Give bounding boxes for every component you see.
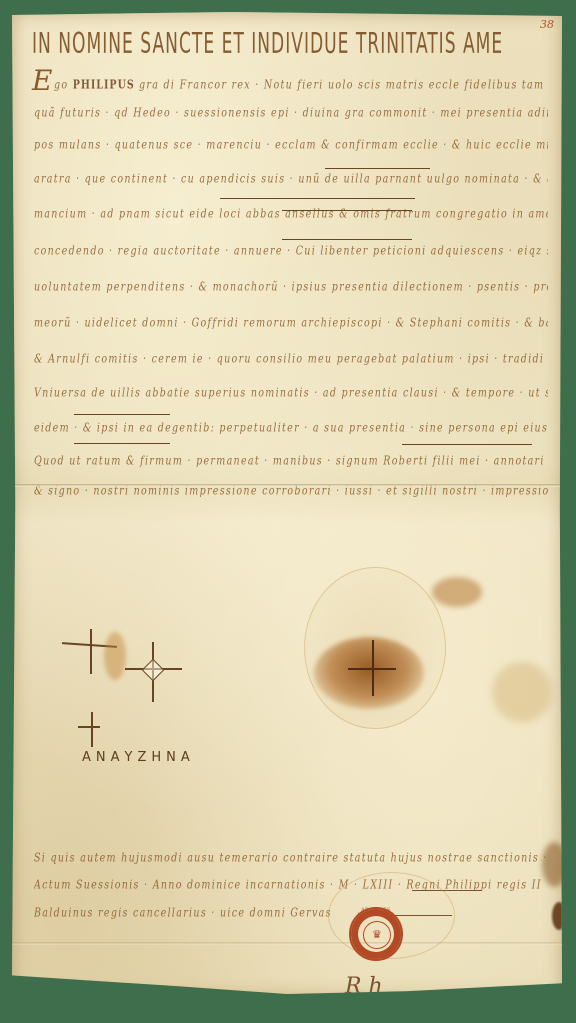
bracket-mark xyxy=(402,422,532,445)
body-line: Vniuersa de uillis abbatie superius nomi… xyxy=(34,382,548,407)
archive-stamp: ARCHIVES NATIONALES ♛ xyxy=(349,907,403,961)
body-line: Quod ut ratum & firmum · permaneat · man… xyxy=(34,450,548,475)
bracket-mark xyxy=(74,414,170,444)
body-line: quã futuris · qd Hedeo · suessionensis e… xyxy=(34,102,548,127)
stain xyxy=(552,902,566,930)
body-line: meorũ · uidelicet domni · Goffridi remor… xyxy=(34,312,548,337)
stamp-text: ARCHIVES NATIONALES xyxy=(351,908,401,918)
body-line: & Arnulfi comitis · cerem ie · quoru con… xyxy=(34,348,548,373)
body-line: pos mulans · quatenus sce · marenciu · e… xyxy=(34,134,548,159)
initial-letter: E xyxy=(32,64,52,97)
king-name: PHILIPUS xyxy=(73,79,135,93)
invocation-line: IN NOMINE SANCTE ET INDIVIDUE TRINITATIS… xyxy=(32,26,502,77)
seal-cross-horizontal xyxy=(348,668,396,670)
parchment-document: 38 IN NOMINE SANCTE ET INDIVIDUE TRINITA… xyxy=(12,12,562,997)
closing-line-date: Actum Suessionis · Anno dominice incarna… xyxy=(34,874,548,899)
body-line: concedendo · regia auctoritate · annuere… xyxy=(34,240,548,265)
body-line: uoluntatem perpenditens · & monachorũ · … xyxy=(34,276,548,301)
closing-line: Si quis autem hujusmodi ausu temerario c… xyxy=(34,847,548,872)
opening-line: go PHILIPUS gra di Francor rex · Notu fi… xyxy=(54,74,548,99)
fold-crease xyxy=(12,942,562,945)
stamp-inner-ring: ♛ xyxy=(363,921,391,949)
opening-rest: gra di Francor rex · Notu fieri uolo sci… xyxy=(139,79,548,93)
greek-subscription: ΑΝΑΥΖΗΝΑ xyxy=(82,750,195,765)
underline-mark xyxy=(220,198,415,199)
ink-stain xyxy=(104,632,126,680)
seal-stain xyxy=(314,637,424,709)
stain xyxy=(492,662,552,722)
body-line: aratra · que continent · cu apendicis su… xyxy=(34,168,548,193)
bracket-mark xyxy=(325,138,430,169)
monogram-lozenge xyxy=(142,659,165,682)
folio-number: 38 xyxy=(540,18,554,31)
closing-line-chancellor: Balduinus regis cancellarius · uice domn… xyxy=(34,902,332,927)
opening-word: go xyxy=(54,79,68,93)
notarial-mark: R h xyxy=(345,974,383,999)
bracket-mark xyxy=(282,210,412,240)
crown-icon: ♛ xyxy=(372,930,382,940)
stain xyxy=(432,577,482,607)
fold-crease xyxy=(12,484,562,487)
